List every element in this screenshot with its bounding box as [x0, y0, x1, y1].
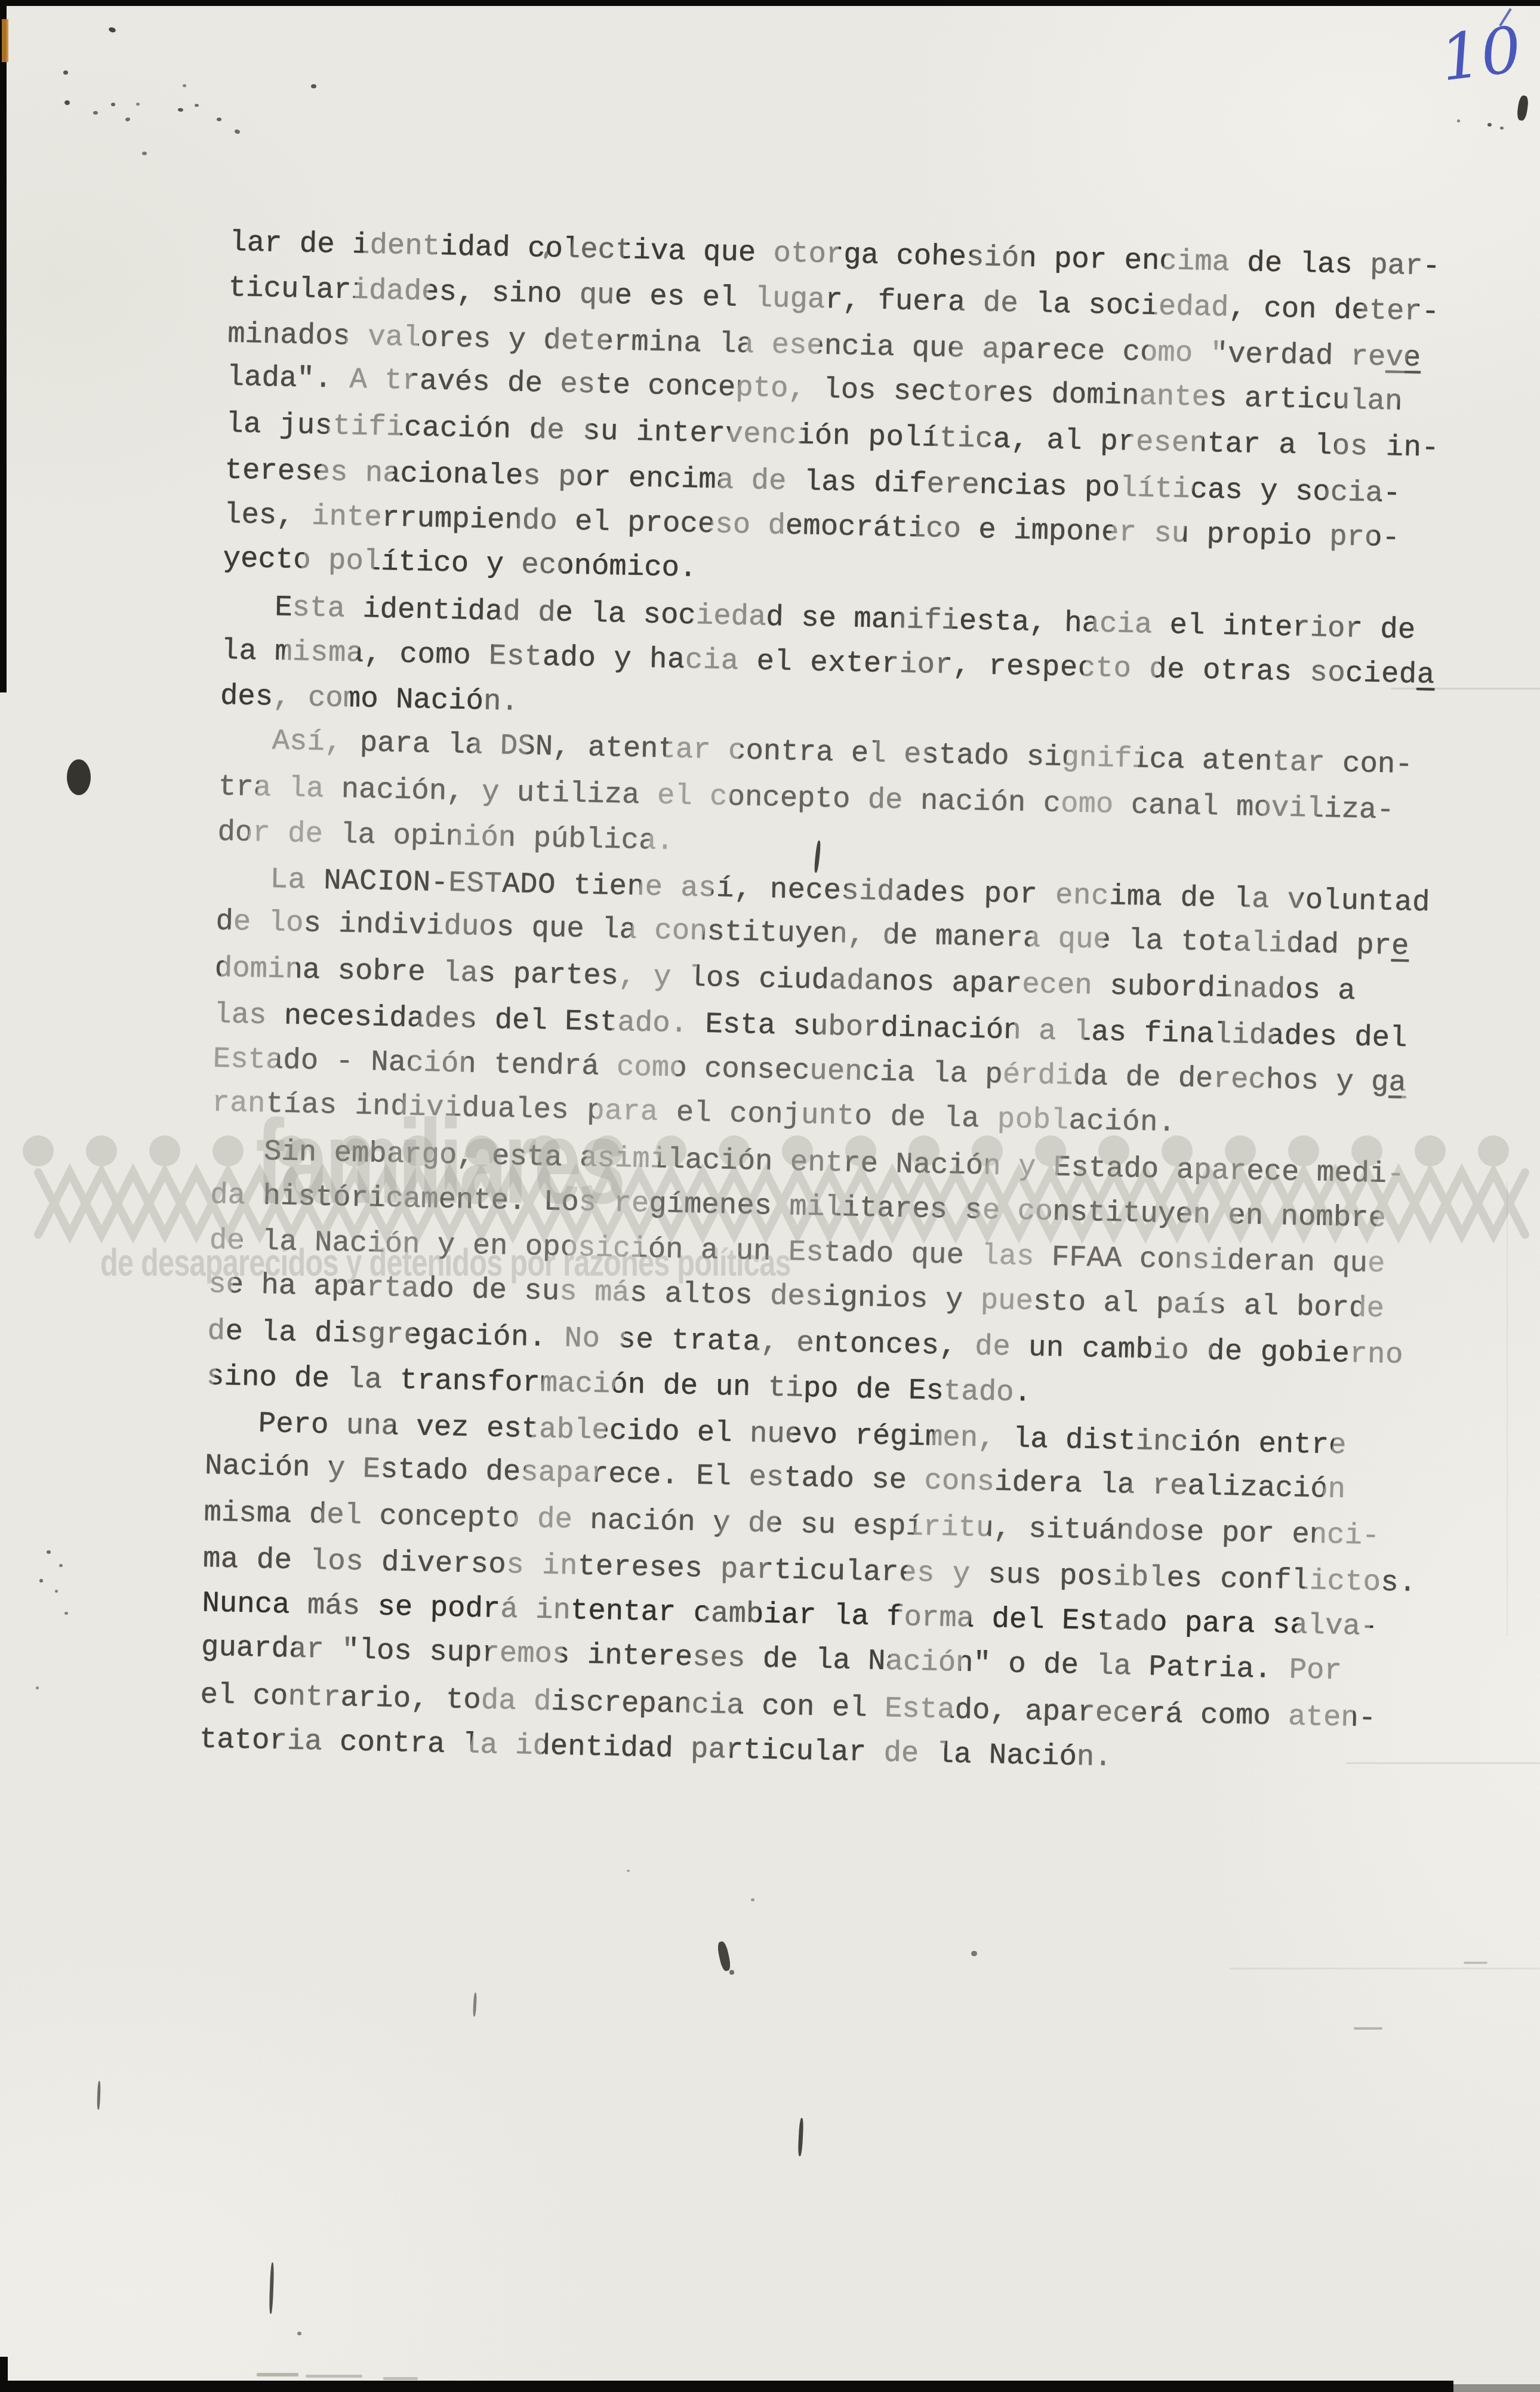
underlined-syllable: a [1388, 1066, 1407, 1100]
watermark-figures-chain-icon [0, 1118, 1540, 1255]
crease-mark [1230, 1968, 1540, 1969]
paper-fold-line [1507, 1182, 1508, 1636]
ink-speck [1457, 119, 1460, 122]
ink-speck [627, 1870, 630, 1872]
ink-speck [183, 84, 186, 87]
crease-mark [383, 2377, 418, 2380]
page-number-text: 10 [1437, 13, 1526, 96]
ink-speck [971, 1951, 977, 1956]
line-text: dor de la opinión pública. [217, 815, 674, 858]
ink-speck [751, 1898, 754, 1901]
ink-speck [311, 84, 316, 88]
line-text: yecto político y económico. [223, 541, 697, 585]
ink-speck [136, 103, 140, 106]
ink-speck [1516, 95, 1529, 121]
ink-speck [217, 118, 221, 121]
scan-edge-top [0, 0, 1540, 6]
ink-speck [716, 1941, 732, 1972]
crease-mark [257, 2373, 298, 2376]
ink-speck [729, 1970, 734, 1975]
crease-mark [1354, 2027, 1382, 2030]
ink-speck [47, 1550, 51, 1554]
ink-speck [39, 1579, 43, 1583]
scan-edge-corner [0, 2357, 8, 2384]
line-text: des, como Nación. [220, 679, 519, 719]
ink-speck [178, 107, 184, 112]
ink-speck [297, 2332, 301, 2335]
ink-speck [1500, 127, 1504, 130]
ink-speck [142, 152, 147, 155]
ink-speck [93, 111, 98, 115]
ink-speck [125, 117, 130, 122]
scan-edge-bottom-right [1453, 2384, 1540, 2392]
scanned-document-page: { "page": { "number": "10" }, "colors": … [0, 0, 1540, 2392]
ink-speck [67, 759, 91, 795]
ink-speck [473, 1993, 477, 2017]
typewritten-text-block: lar de identidad colectiva que otorga co… [199, 220, 1540, 1788]
ink-speck [234, 129, 241, 135]
ink-speck [36, 1686, 39, 1689]
ink-speck [195, 104, 199, 107]
underlined-syllable: e [1391, 929, 1410, 963]
ink-speck [64, 1612, 68, 1615]
ink-speck [797, 2118, 803, 2156]
ink-speck [269, 2262, 275, 2314]
ink-speck [55, 1590, 58, 1593]
handwritten-page-number: 10 [1432, 5, 1538, 106]
crease-mark [1464, 1962, 1487, 1964]
crease-mark [1391, 688, 1540, 689]
ink-speck [63, 70, 68, 75]
scan-edge-orange-mark [2, 19, 8, 62]
crease-mark [306, 2375, 362, 2378]
ink-speck [1487, 123, 1492, 127]
ink-speck [108, 26, 116, 33]
ink-speck [97, 2081, 101, 2110]
scan-edge-bottom [0, 2381, 1453, 2392]
ink-speck [59, 1564, 63, 1567]
ink-speck [64, 100, 70, 105]
scan-edge-left [0, 0, 7, 692]
crease-mark [1346, 1762, 1540, 1764]
ink-speck [111, 103, 115, 106]
underlined-syllable: ve [1385, 340, 1421, 374]
underlined-syllable: a [1416, 658, 1435, 692]
